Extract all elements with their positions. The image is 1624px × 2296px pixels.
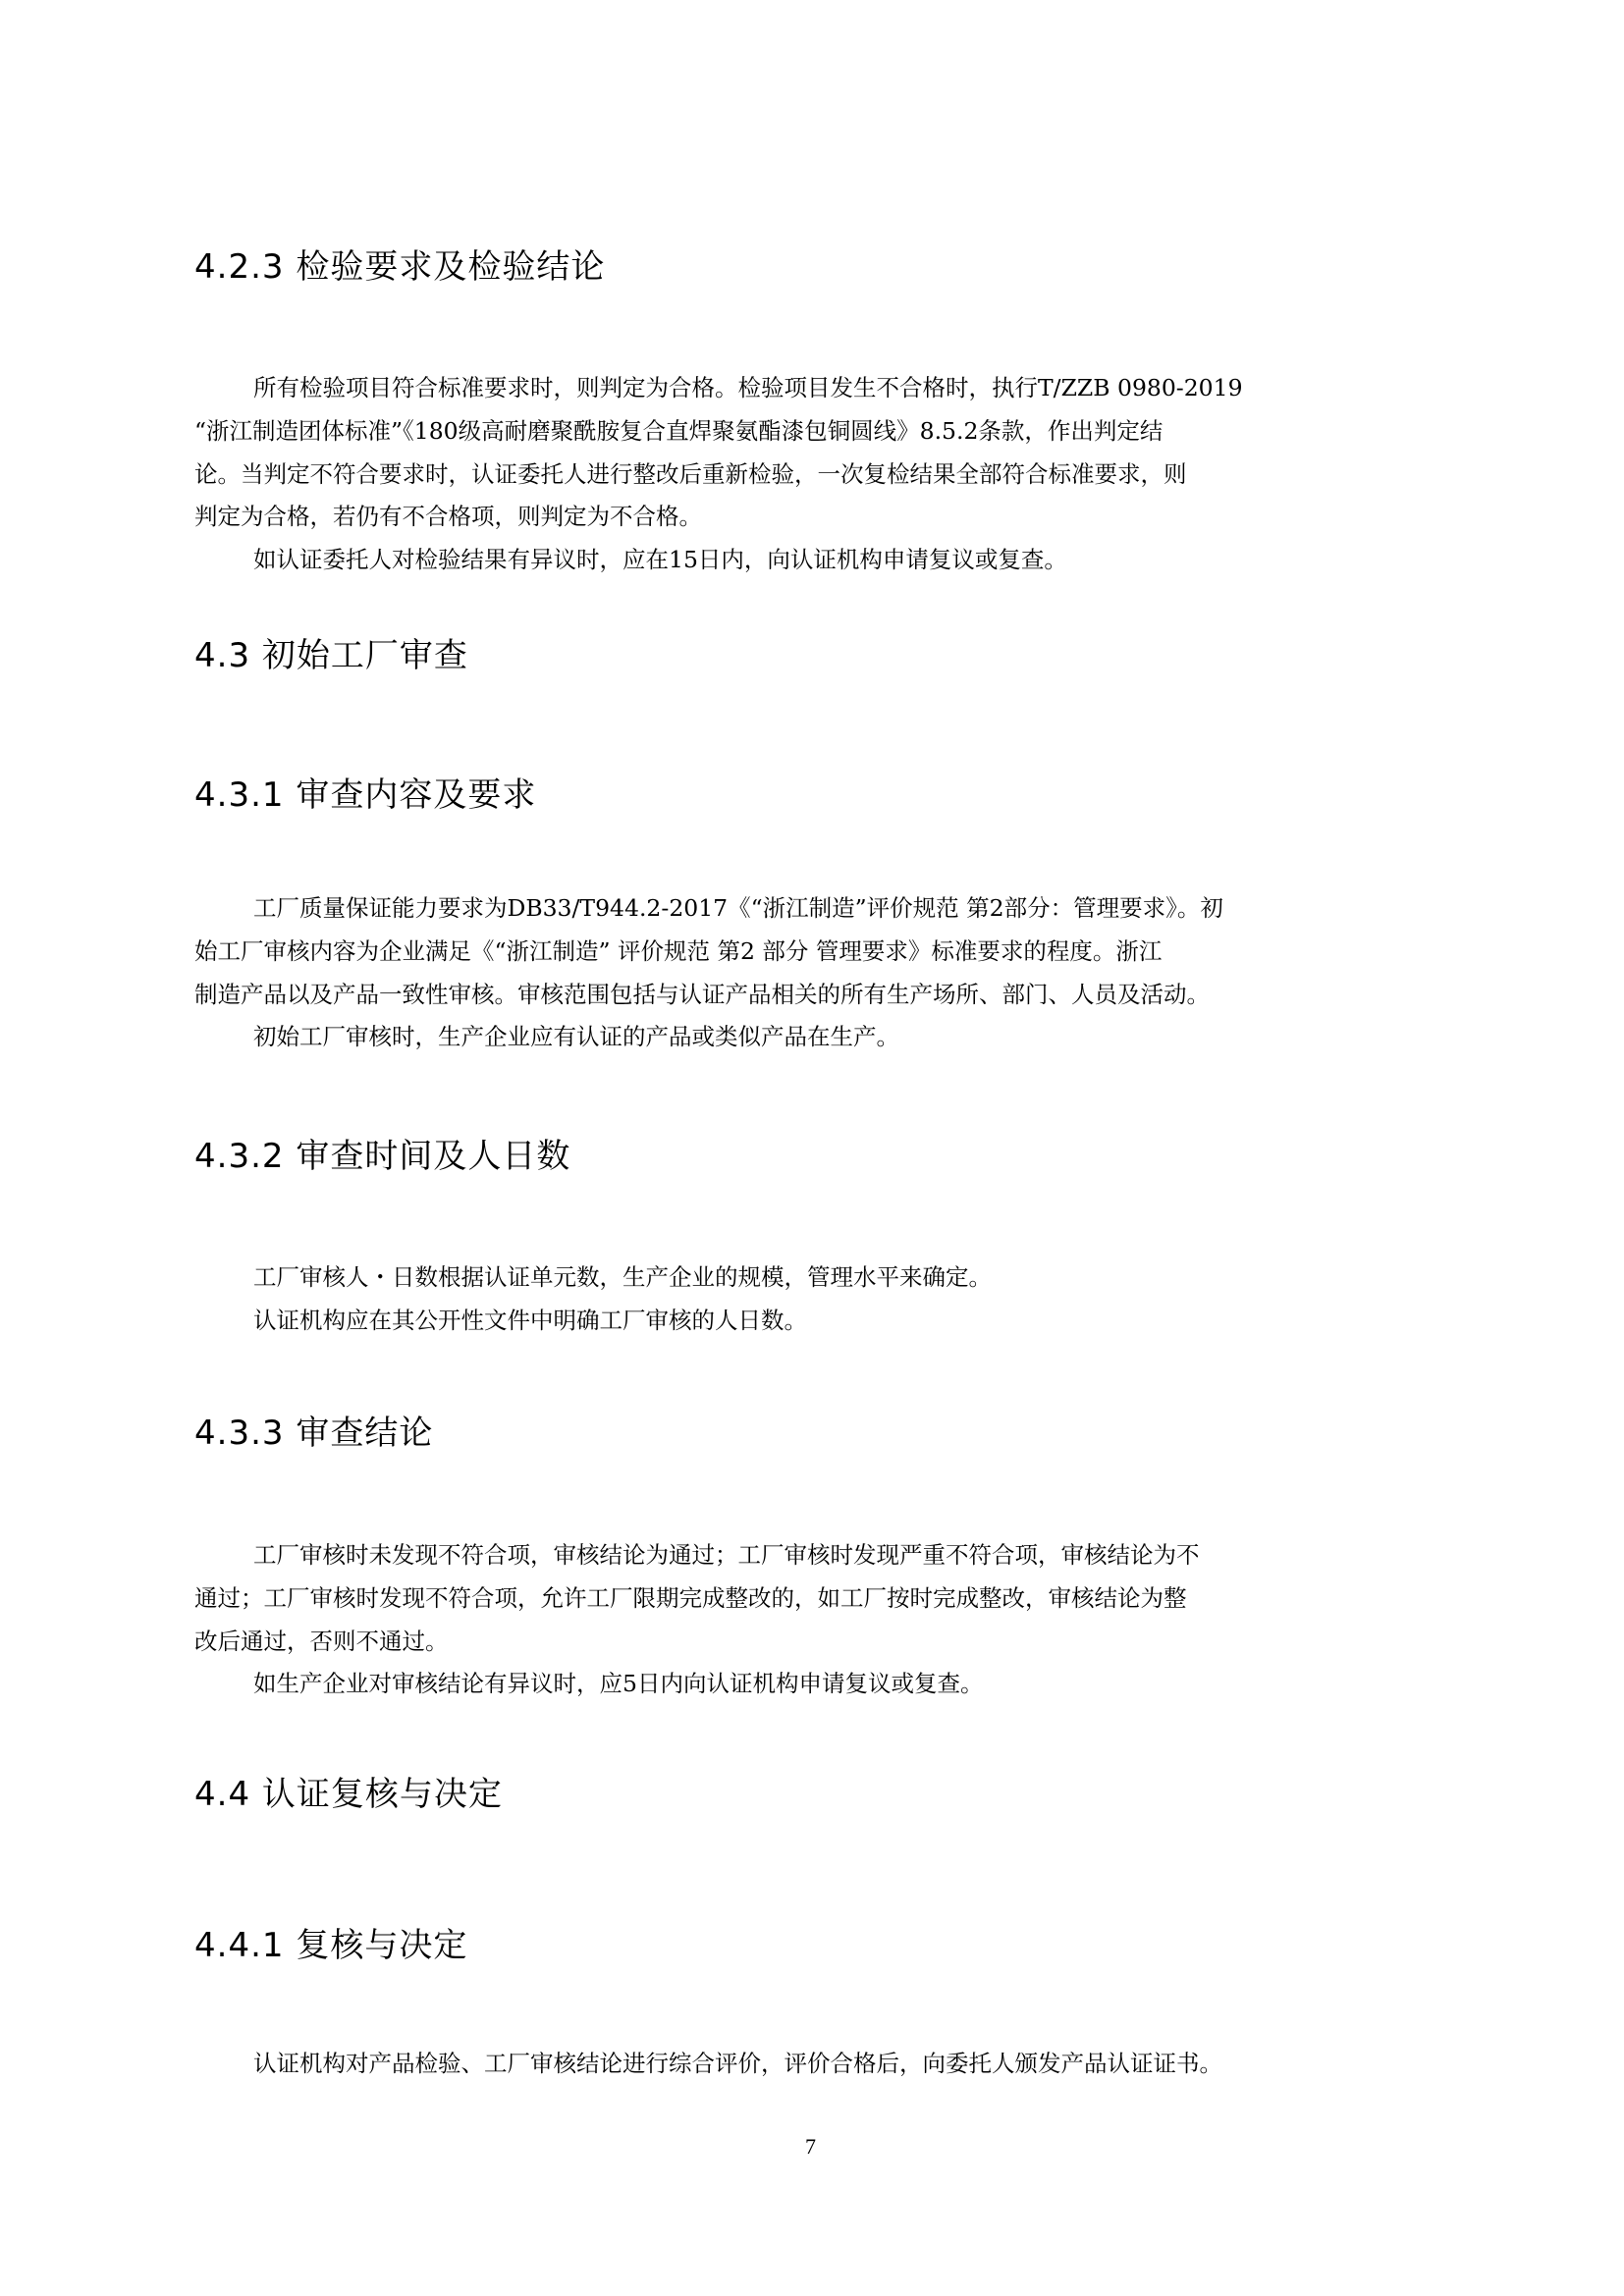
text-line: 工厂审核人・日数根据认证单元数，生产企业的规模，管理水平来确定。 (194, 1256, 1434, 1300)
text-line: 制造产品以及产品一致性审核。审核范围包括与认证产品相关的所有生产场所、部门、人员… (194, 974, 1434, 1017)
text-line: 始工厂审核内容为企业满足《“浙江制造” 评价规范 第2 部分 管理要求》标准要求… (194, 931, 1434, 974)
paragraph-audit-conclusion: 工厂审核时未发现不符合项，审核结论为通过；工厂审核时发现严重不符合项，审核结论为… (194, 1534, 1434, 1706)
text-line: “浙江制造团体标准”《180级高耐磨聚酰胺复合直焊聚氨酯漆包铜圆线》8.5.2条… (194, 410, 1434, 454)
paragraph-audit-content: 工厂质量保证能力要求为DB33/T944.2-2017《“浙江制造”评价规范 第… (194, 887, 1434, 1059)
heading-4-3-1: 4.3.1 审查内容及要求 (194, 775, 536, 815)
paragraph-review-decision: 认证机构对产品检验、工厂审核结论进行综合评价，评价合格后，向委托人颁发产品认证证… (194, 2043, 1434, 2086)
text-line: 认证机构对产品检验、工厂审核结论进行综合评价，评价合格后，向委托人颁发产品认证证… (194, 2043, 1434, 2086)
heading-4-3-3: 4.3.3 审查结论 (194, 1414, 433, 1453)
page-number: 7 (805, 2132, 816, 2162)
heading-4-4: 4.4 认证复核与决定 (194, 1775, 503, 1814)
text-line: 初始工厂审核时，生产企业应有认证的产品或类似产品在生产。 (194, 1016, 1434, 1059)
paragraph-audit-time: 工厂审核人・日数根据认证单元数，生产企业的规模，管理水平来确定。 认证机构应在其… (194, 1256, 1434, 1343)
text-line: 认证机构应在其公开性文件中明确工厂审核的人日数。 (194, 1300, 1434, 1343)
text-line: 判定为合格，若仍有不合格项，则判定为不合格。 (194, 496, 1434, 539)
text-line: 工厂审核时未发现不符合项，审核结论为通过；工厂审核时发现严重不符合项，审核结论为… (194, 1534, 1434, 1577)
text-line: 改后通过，否则不通过。 (194, 1621, 1434, 1664)
heading-4-3-2: 4.3.2 审查时间及人日数 (194, 1137, 570, 1176)
text-line: 通过；工厂审核时发现不符合项，允许工厂限期完成整改的，如工厂按时完成整改，审核结… (194, 1577, 1434, 1621)
text-line: 工厂质量保证能力要求为DB33/T944.2-2017《“浙江制造”评价规范 第… (194, 887, 1434, 931)
heading-4-3: 4.3 初始工厂审查 (194, 636, 468, 675)
text-line: 论。当判定不符合要求时，认证委托人进行整改后重新检验，一次复检结果全部符合标准要… (194, 454, 1434, 497)
text-line: 如认证委托人对检验结果有异议时，应在15日内，向认证机构申请复议或复查。 (194, 539, 1434, 582)
heading-4-2-3: 4.2.3 检验要求及检验结论 (194, 247, 605, 287)
paragraph-inspection-judgment: 所有检验项目符合标准要求时，则判定为合格。检验项目发生不合格时，执行T/ZZB … (194, 367, 1434, 582)
text-line: 如生产企业对审核结论有异议时，应5日内向认证机构申请复议或复查。 (194, 1663, 1434, 1706)
text-line: 所有检验项目符合标准要求时，则判定为合格。检验项目发生不合格时，执行T/ZZB … (194, 367, 1434, 410)
heading-4-4-1: 4.4.1 复核与决定 (194, 1926, 467, 1965)
